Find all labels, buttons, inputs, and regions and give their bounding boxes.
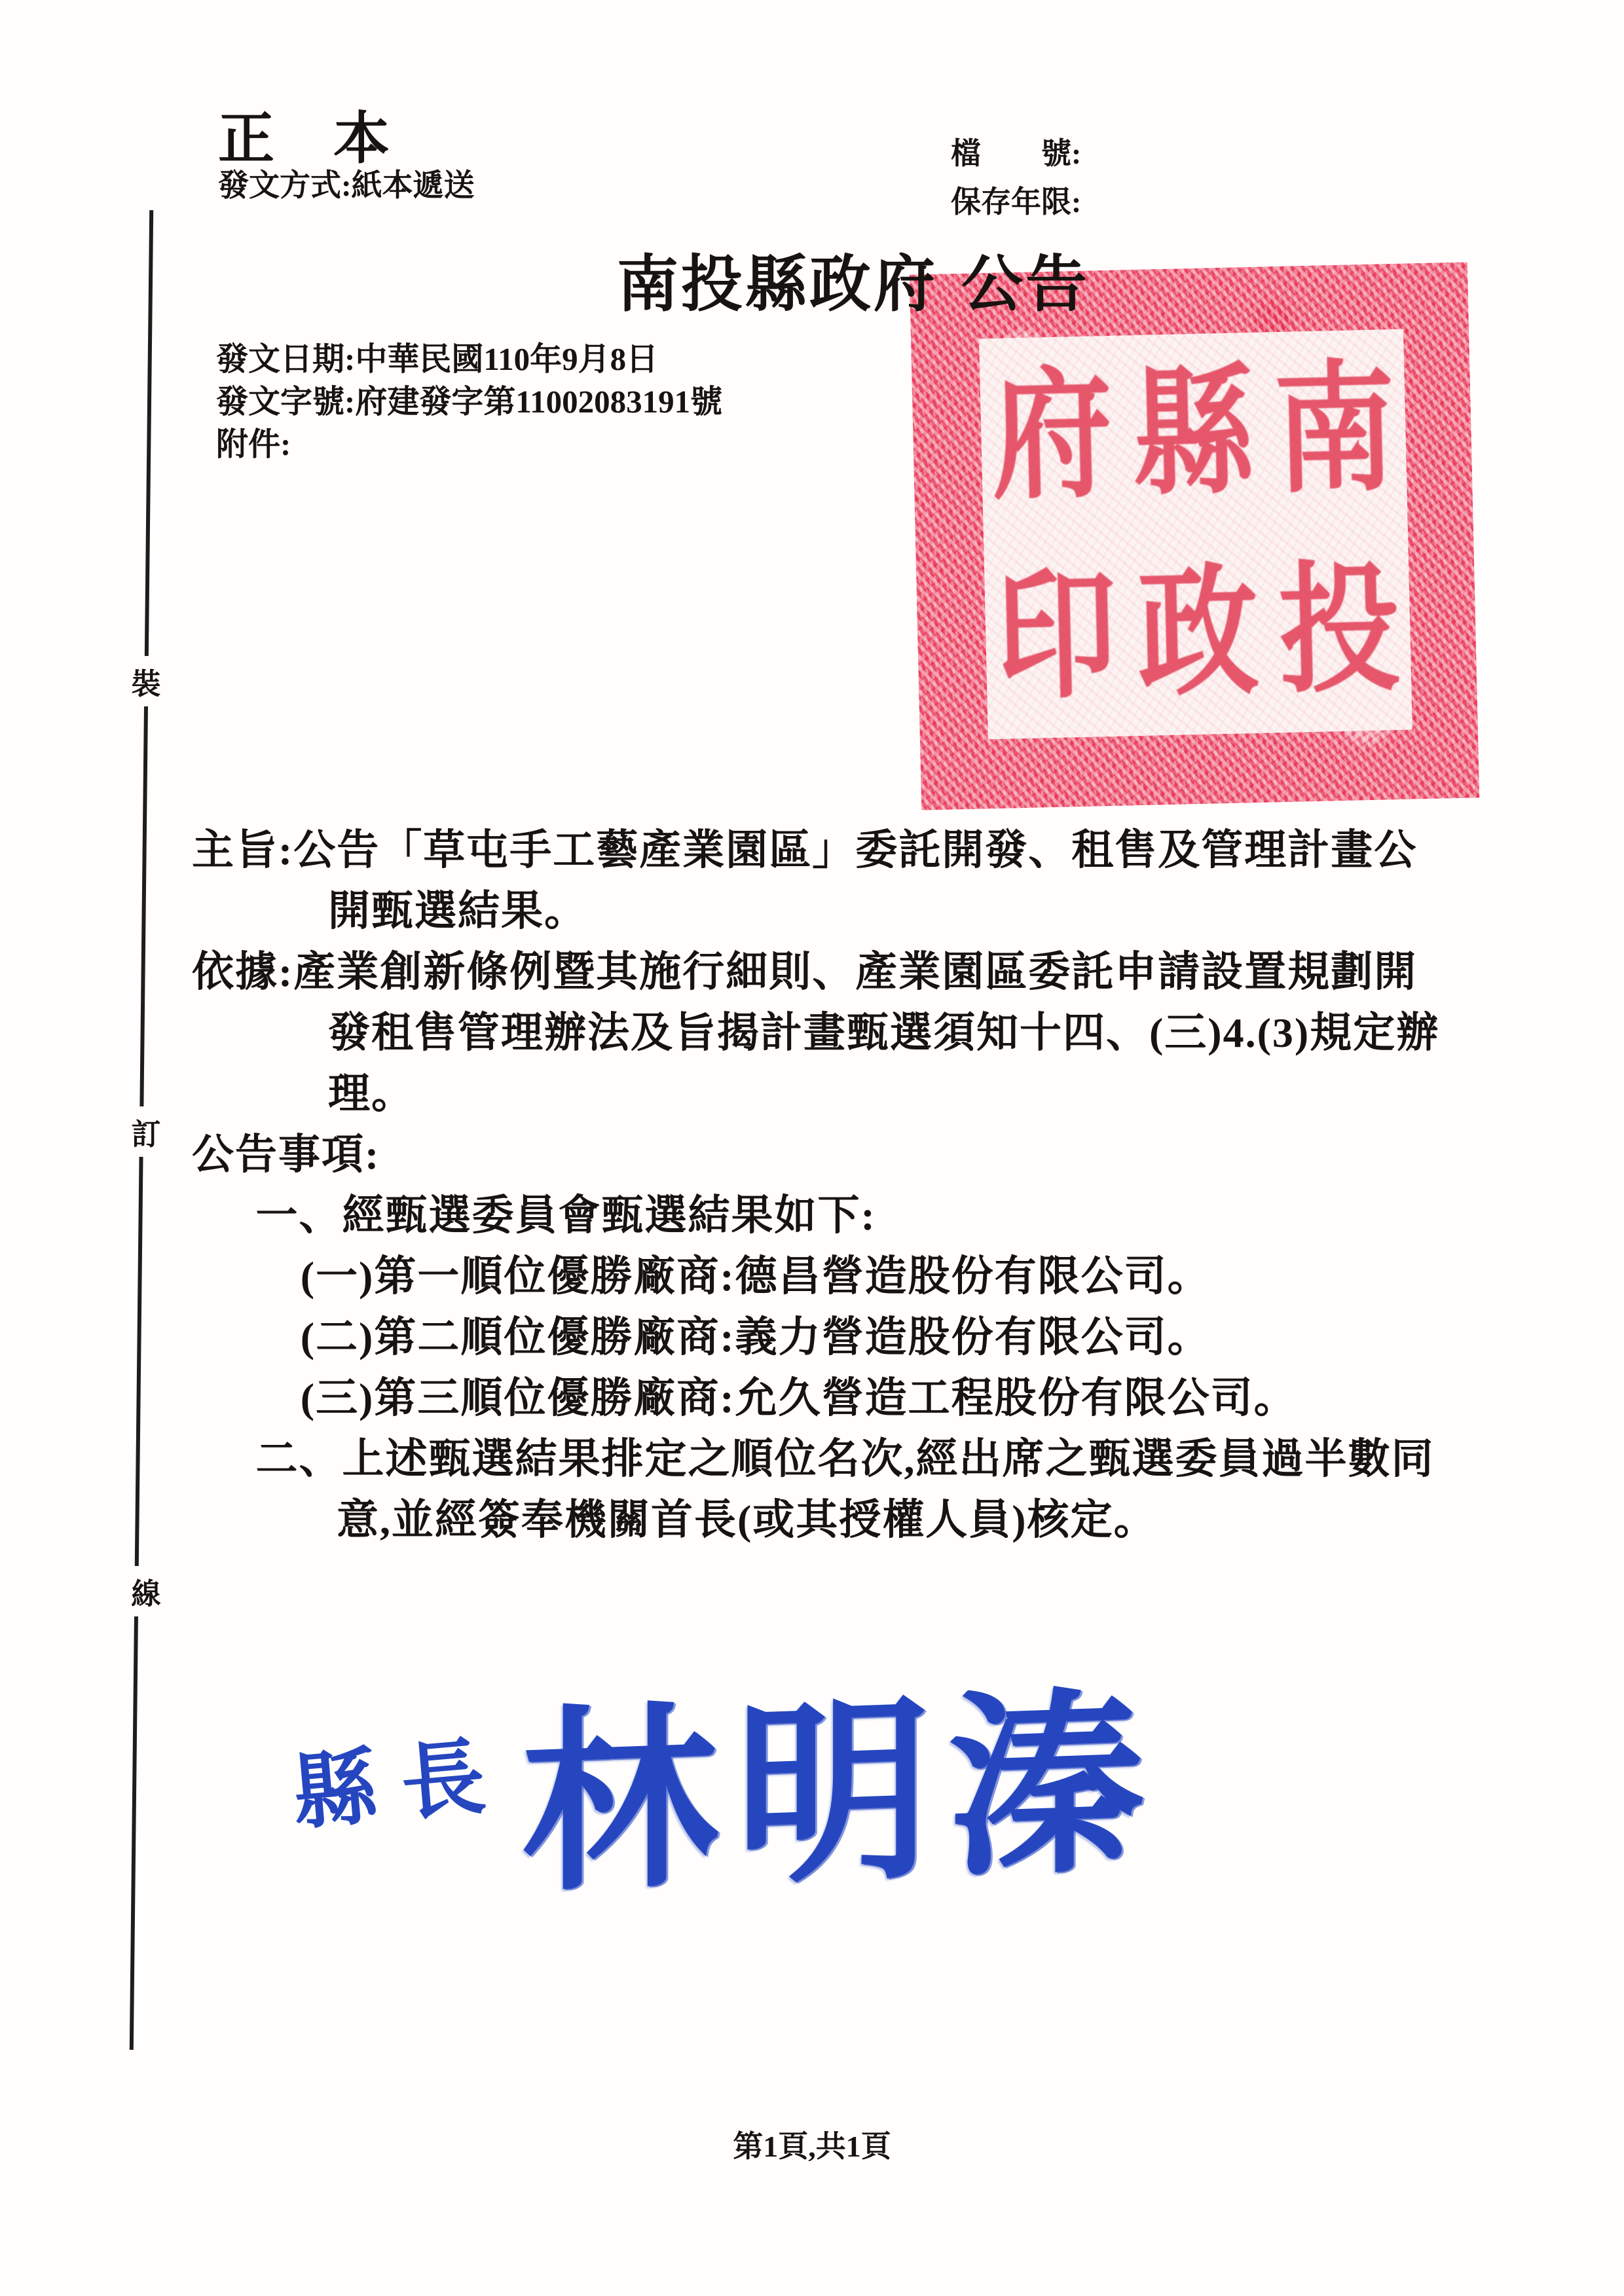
body-line: 一、經甄選委員會甄選結果如下:	[192, 1185, 1439, 1246]
seal-character: 政	[1136, 562, 1261, 706]
issue-date-line: 發文日期:中華民國110年9月8日	[216, 338, 722, 380]
binding-mark-xian: 線	[128, 1566, 164, 1616]
agency-name: 南投縣政府	[617, 234, 938, 323]
body-line: 意,並經簽奉機關首長(或其授權人員)核定。	[192, 1489, 1439, 1550]
delivery-method-label: 發文方式:紙本遞送	[218, 161, 475, 205]
page-footer: 第1頁,共1頁	[0, 2123, 1624, 2166]
seal-character: 印	[995, 566, 1119, 709]
retention-period-label: 保存年限:	[951, 178, 1081, 221]
doc-number-line: 發文字號:府建發字第11002083191號	[216, 380, 722, 423]
document-title: 南投縣政府 公告	[617, 234, 1090, 323]
body-line: 開甄選結果。	[192, 881, 1439, 941]
body-line: 主旨:公告「草屯手工藝產業園區」委託開發、租售及管理計畫公	[192, 820, 1439, 881]
document-meta: 發文日期:中華民國110年9月8日 發文字號:府建發字第11002083191號…	[216, 338, 722, 465]
attachment-label: 附件:	[216, 423, 722, 465]
announcement-body: 主旨:公告「草屯手工藝產業園區」委託開發、租售及管理計畫公開甄選結果。依據:產業…	[192, 820, 1439, 1550]
binding-mark-zhuang: 裝	[128, 656, 164, 706]
body-line: (二)第二順位優勝廠商:義力營造股份有限公司。	[192, 1307, 1439, 1368]
signer-name-signature: 林明溱	[521, 1624, 1161, 1929]
seal-inner-area: 府 縣 南 印 政 投	[979, 329, 1412, 740]
body-line: (三)第三順位優勝廠商:允久營造工程股份有限公司。	[192, 1368, 1439, 1429]
body-line: 理。	[192, 1063, 1439, 1124]
seal-character: 府	[990, 365, 1115, 509]
official-seal-stamp: 府 縣 南 印 政 投	[910, 262, 1479, 810]
doc-type-label: 公告	[961, 234, 1090, 323]
body-line: 依據:產業創新條例暨其施行細則、產業園區委託申請設置規劃開	[192, 941, 1439, 1002]
body-line: 公告事項:	[192, 1124, 1439, 1185]
official-announcement-page: 正 本 發文方式:紙本遞送 檔 號: 保存年限: 南投縣政府 公告 發文日期:中…	[0, 0, 1624, 2296]
seal-character: 投	[1278, 559, 1402, 702]
seal-character: 南	[1273, 359, 1397, 503]
body-line: (一)第一順位優勝廠商:德昌營造股份有限公司。	[192, 1246, 1439, 1307]
body-line: 發租售管理辦法及旨揭計畫甄選須知十四、(三)4.(3)規定辦	[192, 1002, 1439, 1063]
binding-mark-ding: 訂	[128, 1106, 164, 1157]
file-number-label: 檔 號:	[951, 130, 1081, 173]
signer-title: 縣長	[287, 1707, 515, 1846]
seal-character: 縣	[1132, 362, 1256, 505]
body-line: 二、上述甄選結果排定之順位名次,經出席之甄選委員過半數同	[192, 1429, 1439, 1489]
